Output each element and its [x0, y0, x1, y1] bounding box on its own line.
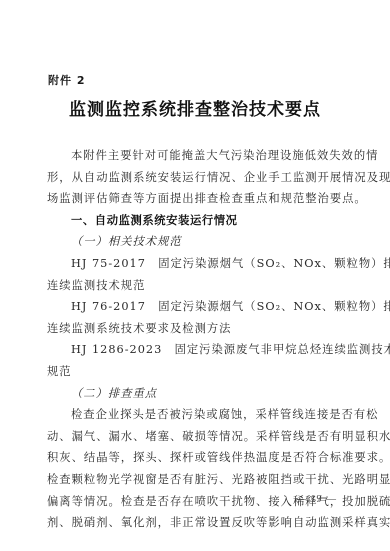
body-text-line: HJ 76-2017 固定污染源烟气（SO₂、NOx、颗粒物）排放: [47, 296, 343, 318]
body-text-line: 形，从自动监测系统安装运行情况、企业手工监测开展情况及现: [47, 167, 343, 189]
body-text-line: 连续监测系统技术要求及检测方法: [47, 318, 343, 340]
attachment-label: 附件 2: [48, 72, 85, 88]
document-title: 监测监控系统排查整治技术要点: [0, 95, 390, 120]
document-body: 本附件主要针对可能掩盖大气污染治理设施低效失效的情形，从自动监测系统安装运行情况…: [47, 145, 343, 534]
body-text-line: 规范: [47, 361, 343, 383]
body-text-line: HJ 75-2017 固定污染源烟气（SO₂、NOx、颗粒物）排放: [47, 253, 343, 275]
body-text-line: 剂、脱硝剂、氧化剂，非正常设置反吹等影响自动监测采样真实: [47, 512, 343, 534]
section-heading: 一、自动监测系统安装运行情况: [47, 210, 343, 232]
body-text-line: 本附件主要针对可能掩盖大气污染治理设施低效失效的情: [47, 145, 343, 167]
subsection-heading: （二）排查重点: [47, 383, 343, 405]
body-text-line: 动、漏气、漏水、堵塞、破损等情况。采样管线是否有明显积水、: [47, 426, 343, 448]
body-text-line: 检查颗粒物光学视窗是否有脏污、光路被阻挡或干扰、光路明显: [47, 469, 343, 491]
page-number: — 19 —: [296, 494, 337, 505]
body-text-line: 积灰、结晶等，探头、探杆或管线伴热温度是否符合标准要求。: [47, 447, 343, 469]
body-text-line: HJ 1286-2023 固定污染源废气非甲烷总烃连续监测技术: [47, 339, 343, 361]
body-text-line: 场监测评估筛查等方面提出排查检查重点和规范整治要点。: [47, 188, 343, 210]
body-text-line: 检查企业探头是否被污染或腐蚀，采样管线连接是否有松: [47, 404, 343, 426]
body-text-line: 连续监测技术规范: [47, 275, 343, 297]
subsection-heading: （一）相关技术规范: [47, 231, 343, 253]
